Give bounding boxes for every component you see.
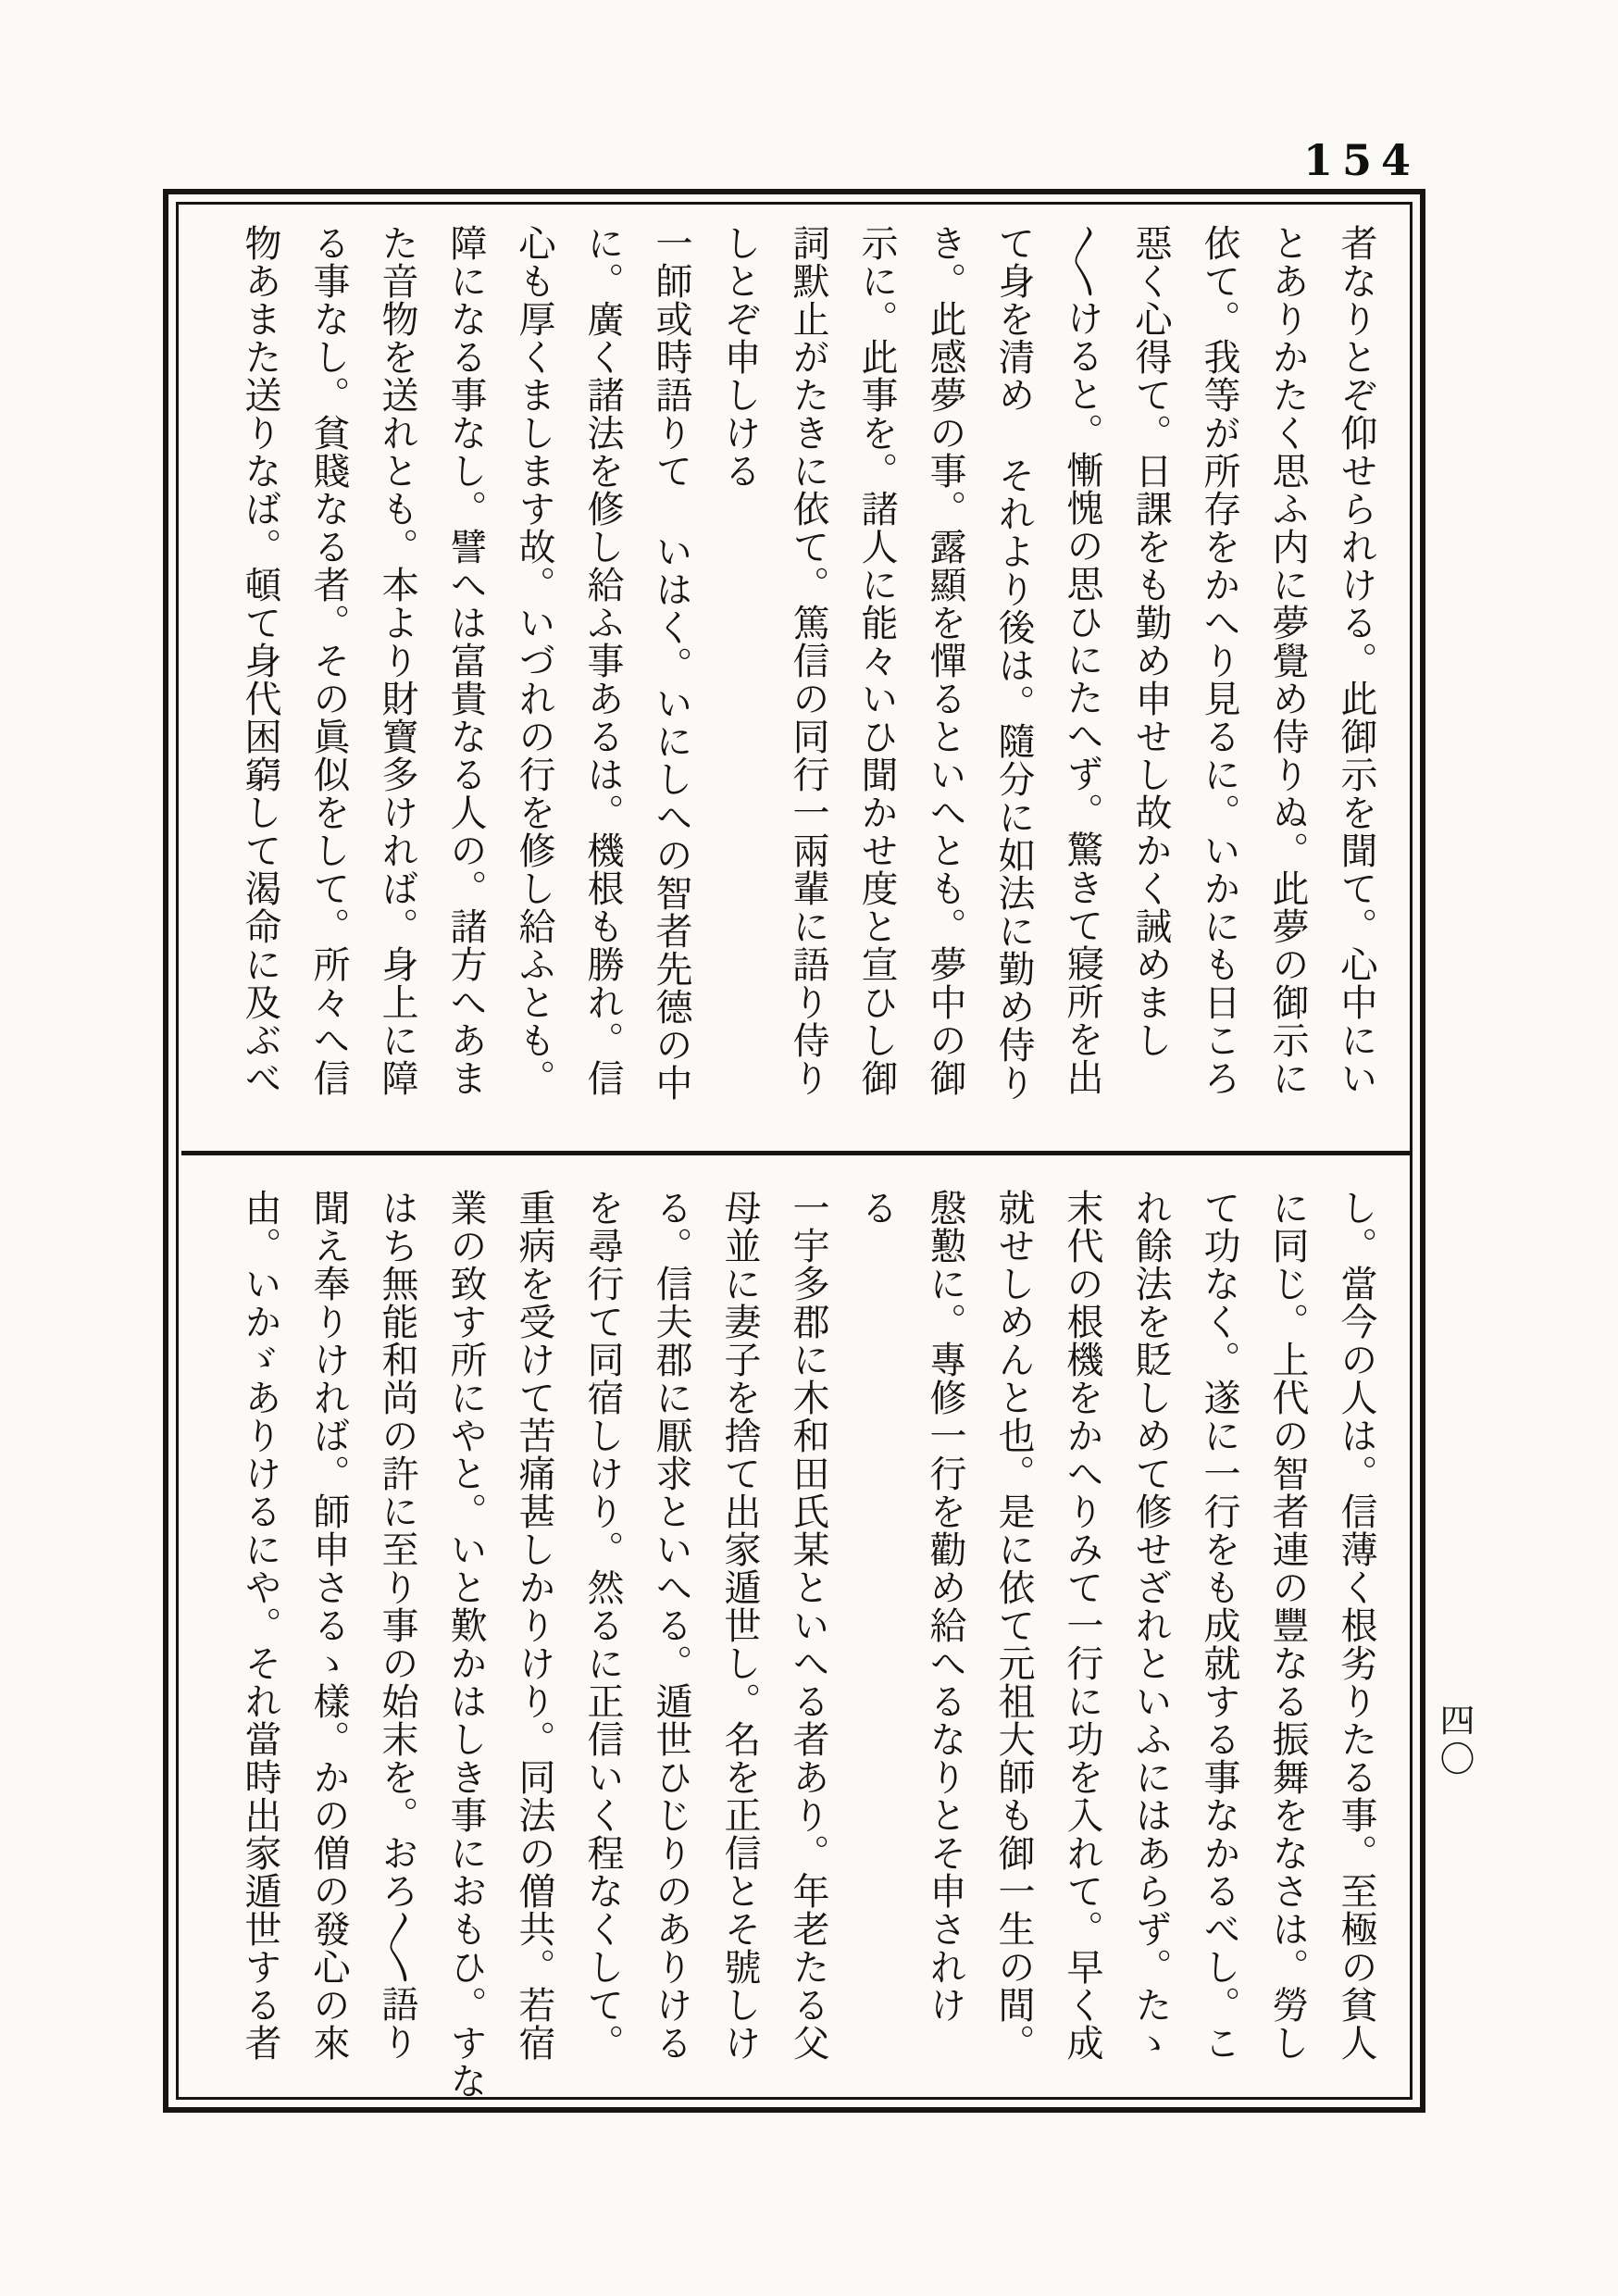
text-column: はち無能和尚の許に至り事の始末を。おろ〳〵語り [363,1189,431,2118]
text-column: とありかたく思ふ内に夢覺め侍りぬ。此夢の御示に [1253,224,1322,1154]
text-column: しとぞ申しける [705,224,774,1154]
text-column: 由。いかゞありけるにや。それ當時出家遁世する者 [226,1189,294,2118]
text-column: 惡く心得て。日課をも勤め申せし故かく誡めまし [1116,224,1185,1154]
text-column: た音物を送れとも。本より財寶多ければ。身上に障 [363,224,431,1154]
text-column: し。當今の人は。信薄く根劣りたる事。至極の貧人 [1322,1189,1390,2118]
text-column: 聞え奉りければ。師申さるゝ樣。かの僧の發心の來 [294,1189,363,2118]
text-column: る。信夫郡に厭求といへる。遁世ひじりのありける [637,1189,705,2118]
text-column: 一師或時語りて いはく。いにしへの智者先德の中 [637,224,705,1154]
page-number: 154 [1303,135,1420,185]
text-column: 示に。此事を。諸人に能々いひ聞かせ度と宣ひし御 [842,224,911,1154]
text-column: 者なりとぞ仰せられける。此御示を聞て。心中にい [1322,224,1390,1154]
text-column: る [842,1189,911,2118]
text-column: て身を清め それより後は。隨分に如法に勤め侍り [979,224,1048,1154]
text-column: 物あまた送りなば。頓て身代困窮して渴命に及ぶべ [226,224,294,1154]
text-column: き。此感夢の事。露顯を憚るといへとも。夢中の御 [911,224,979,1154]
top-text-block: 者なりとぞ仰せられける。此御示を聞て。心中にい とありかたく思ふ内に夢覺め侍りぬ… [191,224,1390,1154]
text-column: 心も厚くまします故。いづれの行を修し給ふとも。 [500,224,568,1154]
bottom-text-block: し。當今の人は。信薄く根劣りたる事。至極の貧人 に同じ。上代の智者連の豐なる振舞… [191,1189,1390,2118]
scanned-book-page: 154 者なりとぞ仰せられける。此御示を聞て。心中にい とありかたく思ふ内に夢覺… [0,0,1618,2296]
text-column: て功なく。遂に一行をも成就する事なかるべし。こ [1185,1189,1253,2118]
text-column: 障になる事なし。譬へは富貴なる人の。諸方へあま [431,224,500,1154]
text-column: 慇懃に。專修一行を勸め給へるなりとそ申されけ [911,1189,979,2118]
text-column: を尋行て同宿しけり。然るに正信いく程なくして。 [568,1189,637,2118]
margin-folio-number: 四〇 [1433,1702,1474,1779]
text-column: 業の致す所にやと。いと歎かはしき事におもひ。すな [431,1189,500,2118]
text-column: 〳〵けると。慚愧の思ひにたへず。驚きて寢所を出 [1048,224,1116,1154]
text-column: に同じ。上代の智者連の豐なる振舞をなさは。勞し [1253,1189,1322,2118]
text-column: 重病を受けて苦痛甚しかりけり。同法の僧共。若宿 [500,1189,568,2118]
text-column: 就せしめんと也。是に依て元祖大師も御一生の間。 [979,1189,1048,2118]
text-column: 末代の根機をかへりみて一行に功を入れて。早く成 [1048,1189,1116,2118]
text-column: れ餘法を貶しめて修せざれといふにはあらず。たゝ [1116,1189,1185,2118]
block-divider-rule [181,1151,1411,1155]
text-column: に。廣く諸法を修し給ふ事あるは。機根も勝れ。信 [568,224,637,1154]
text-column: る事なし。貧賤なる者。その眞似をして。所々へ信 [294,224,363,1154]
text-column: 母並に妻子を捨て出家遁世し。名を正信とそ號しけ [705,1189,774,2118]
text-column: 詞默止がたきに依て。篤信の同行一兩輩に語り侍り [774,224,842,1154]
text-column: 一宇多郡に木和田氏某といへる者あり。年老たる父 [774,1189,842,2118]
text-column: 依て。我等が所存をかへり見るに。いかにも日ころ [1185,224,1253,1154]
